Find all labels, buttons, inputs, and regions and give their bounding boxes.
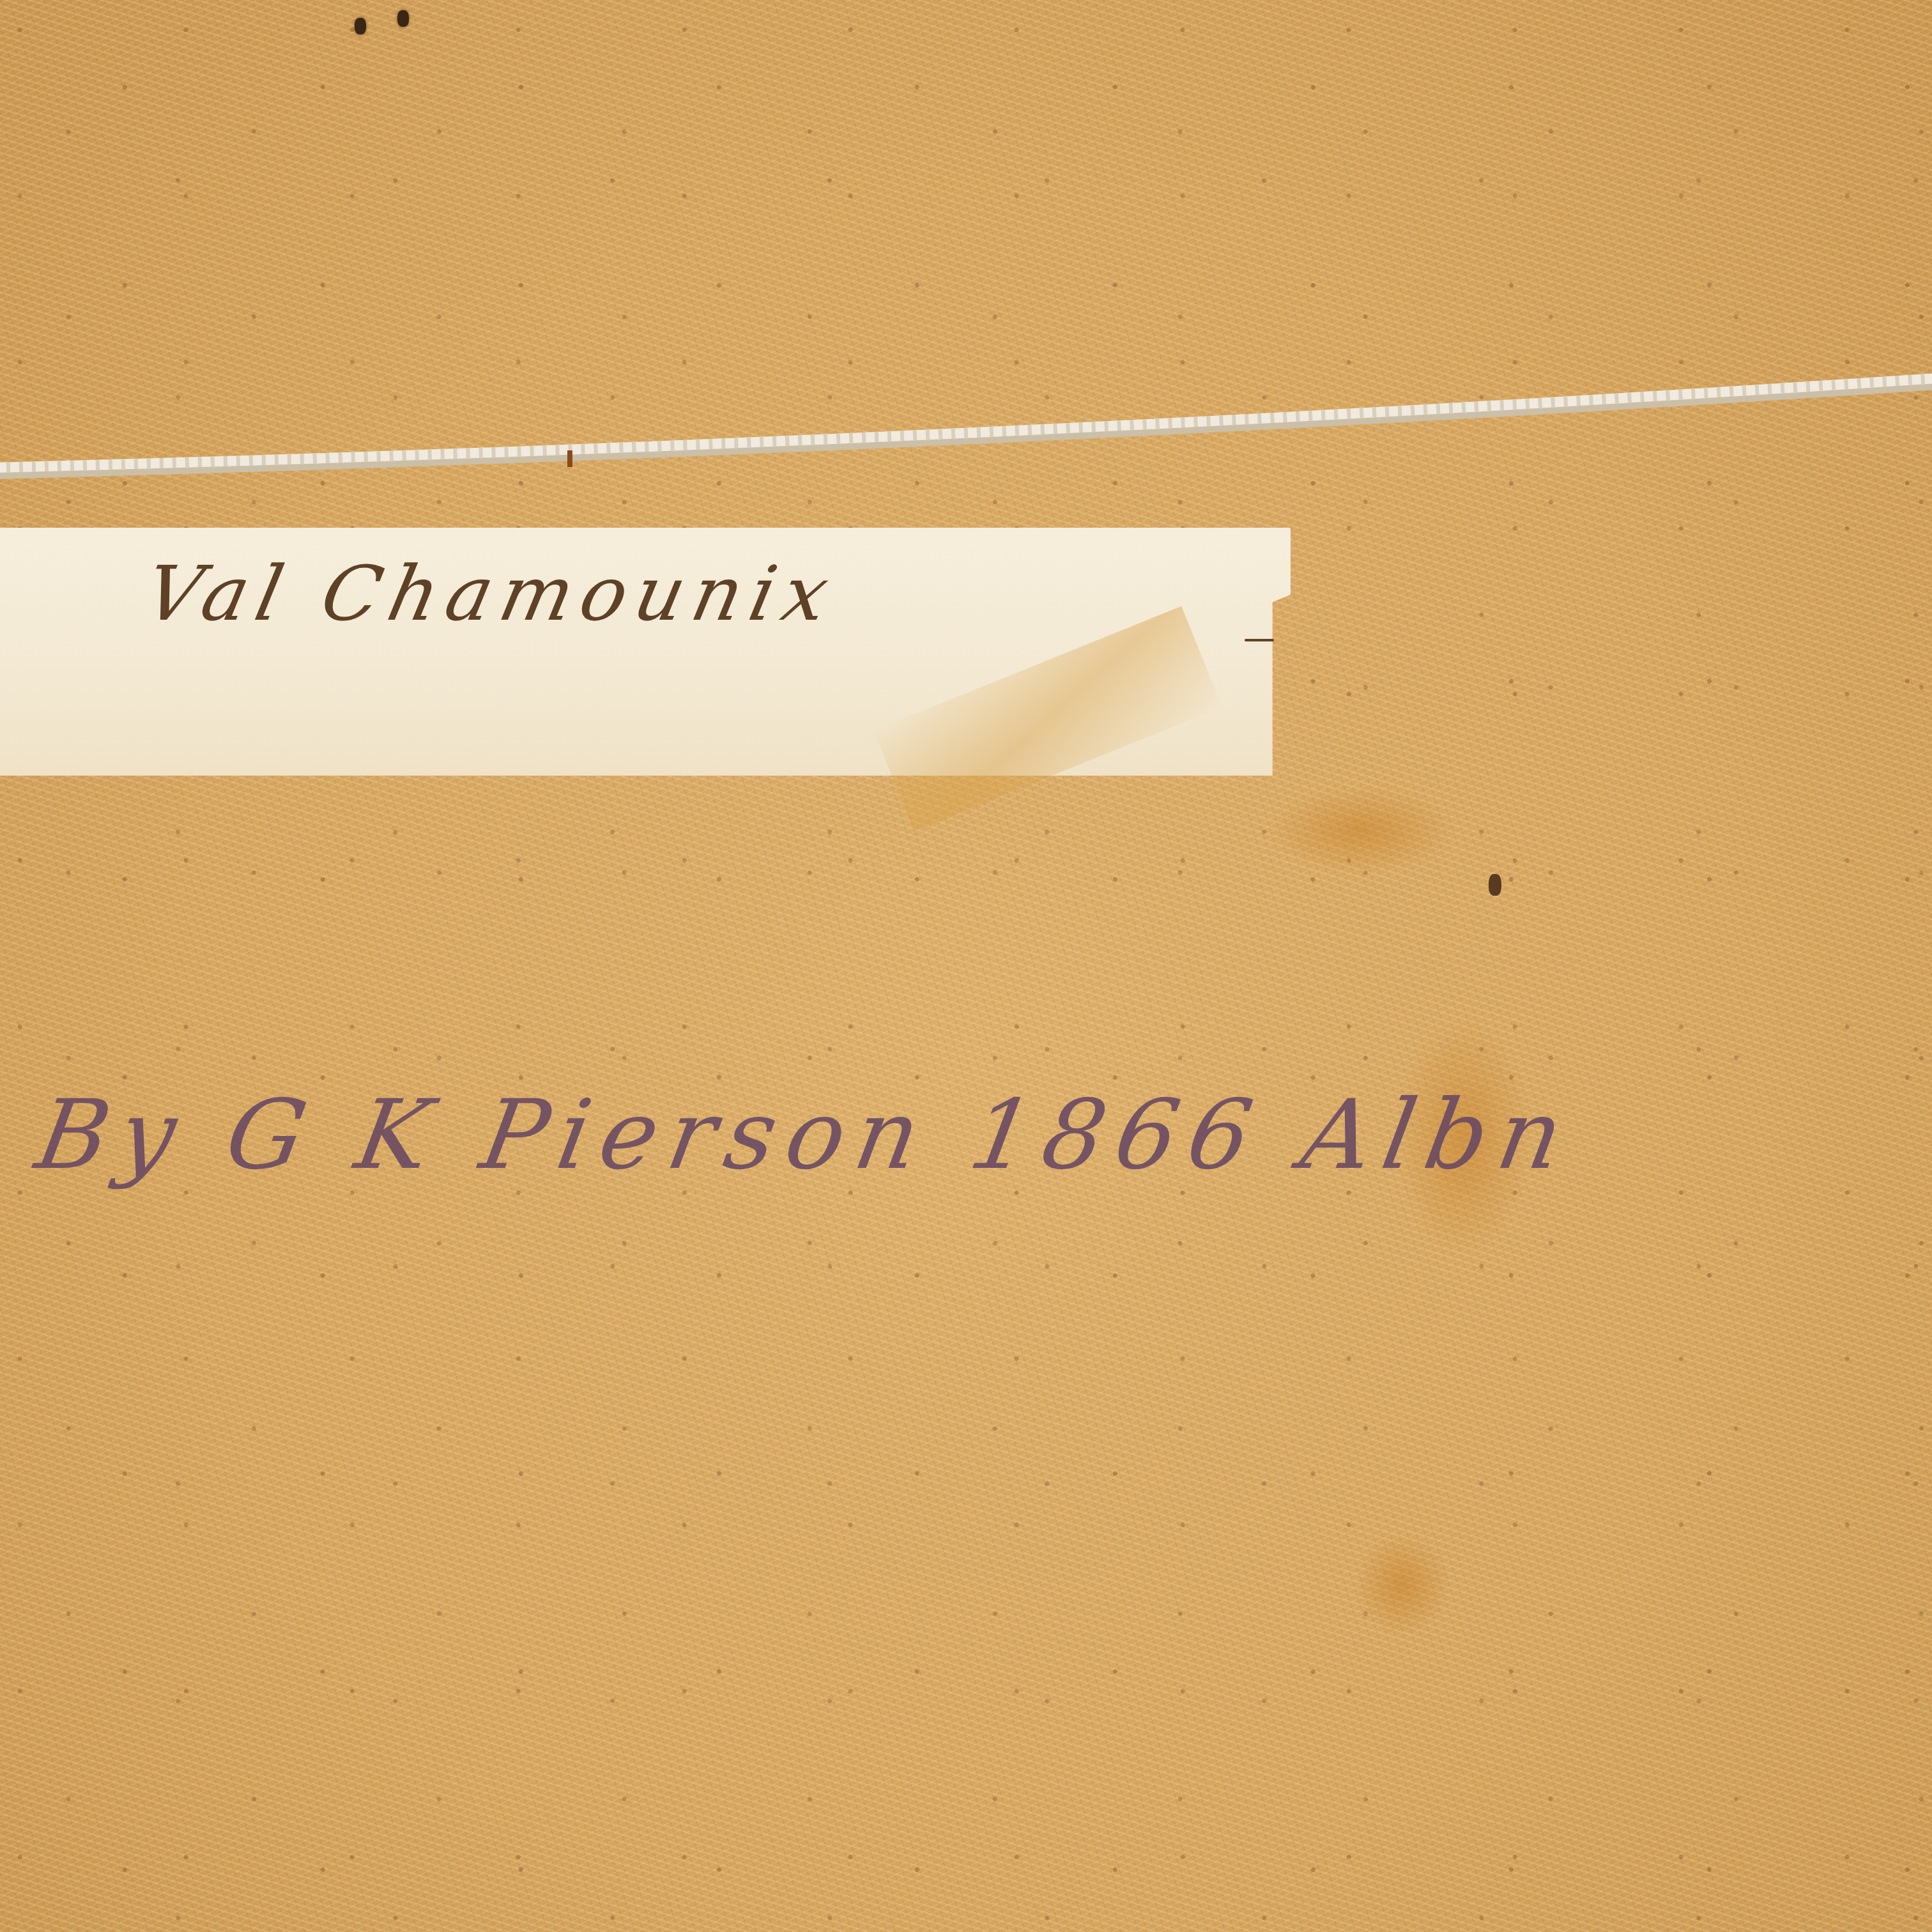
label-title-text: Val Chamounix: [137, 549, 845, 638]
pencil-inscription: By G K Pierson 1866 Albn: [29, 1080, 1583, 1191]
nail-hole-icon: [397, 10, 409, 27]
water-stain: [1265, 786, 1457, 875]
water-stain: [1354, 1533, 1450, 1636]
nail-hole-icon: [355, 18, 366, 34]
hanging-string: [0, 0, 1932, 1932]
label-trailing-dash: [1245, 639, 1274, 641]
rust-spot: [567, 450, 572, 467]
screw-mark-icon: [1489, 874, 1501, 896]
